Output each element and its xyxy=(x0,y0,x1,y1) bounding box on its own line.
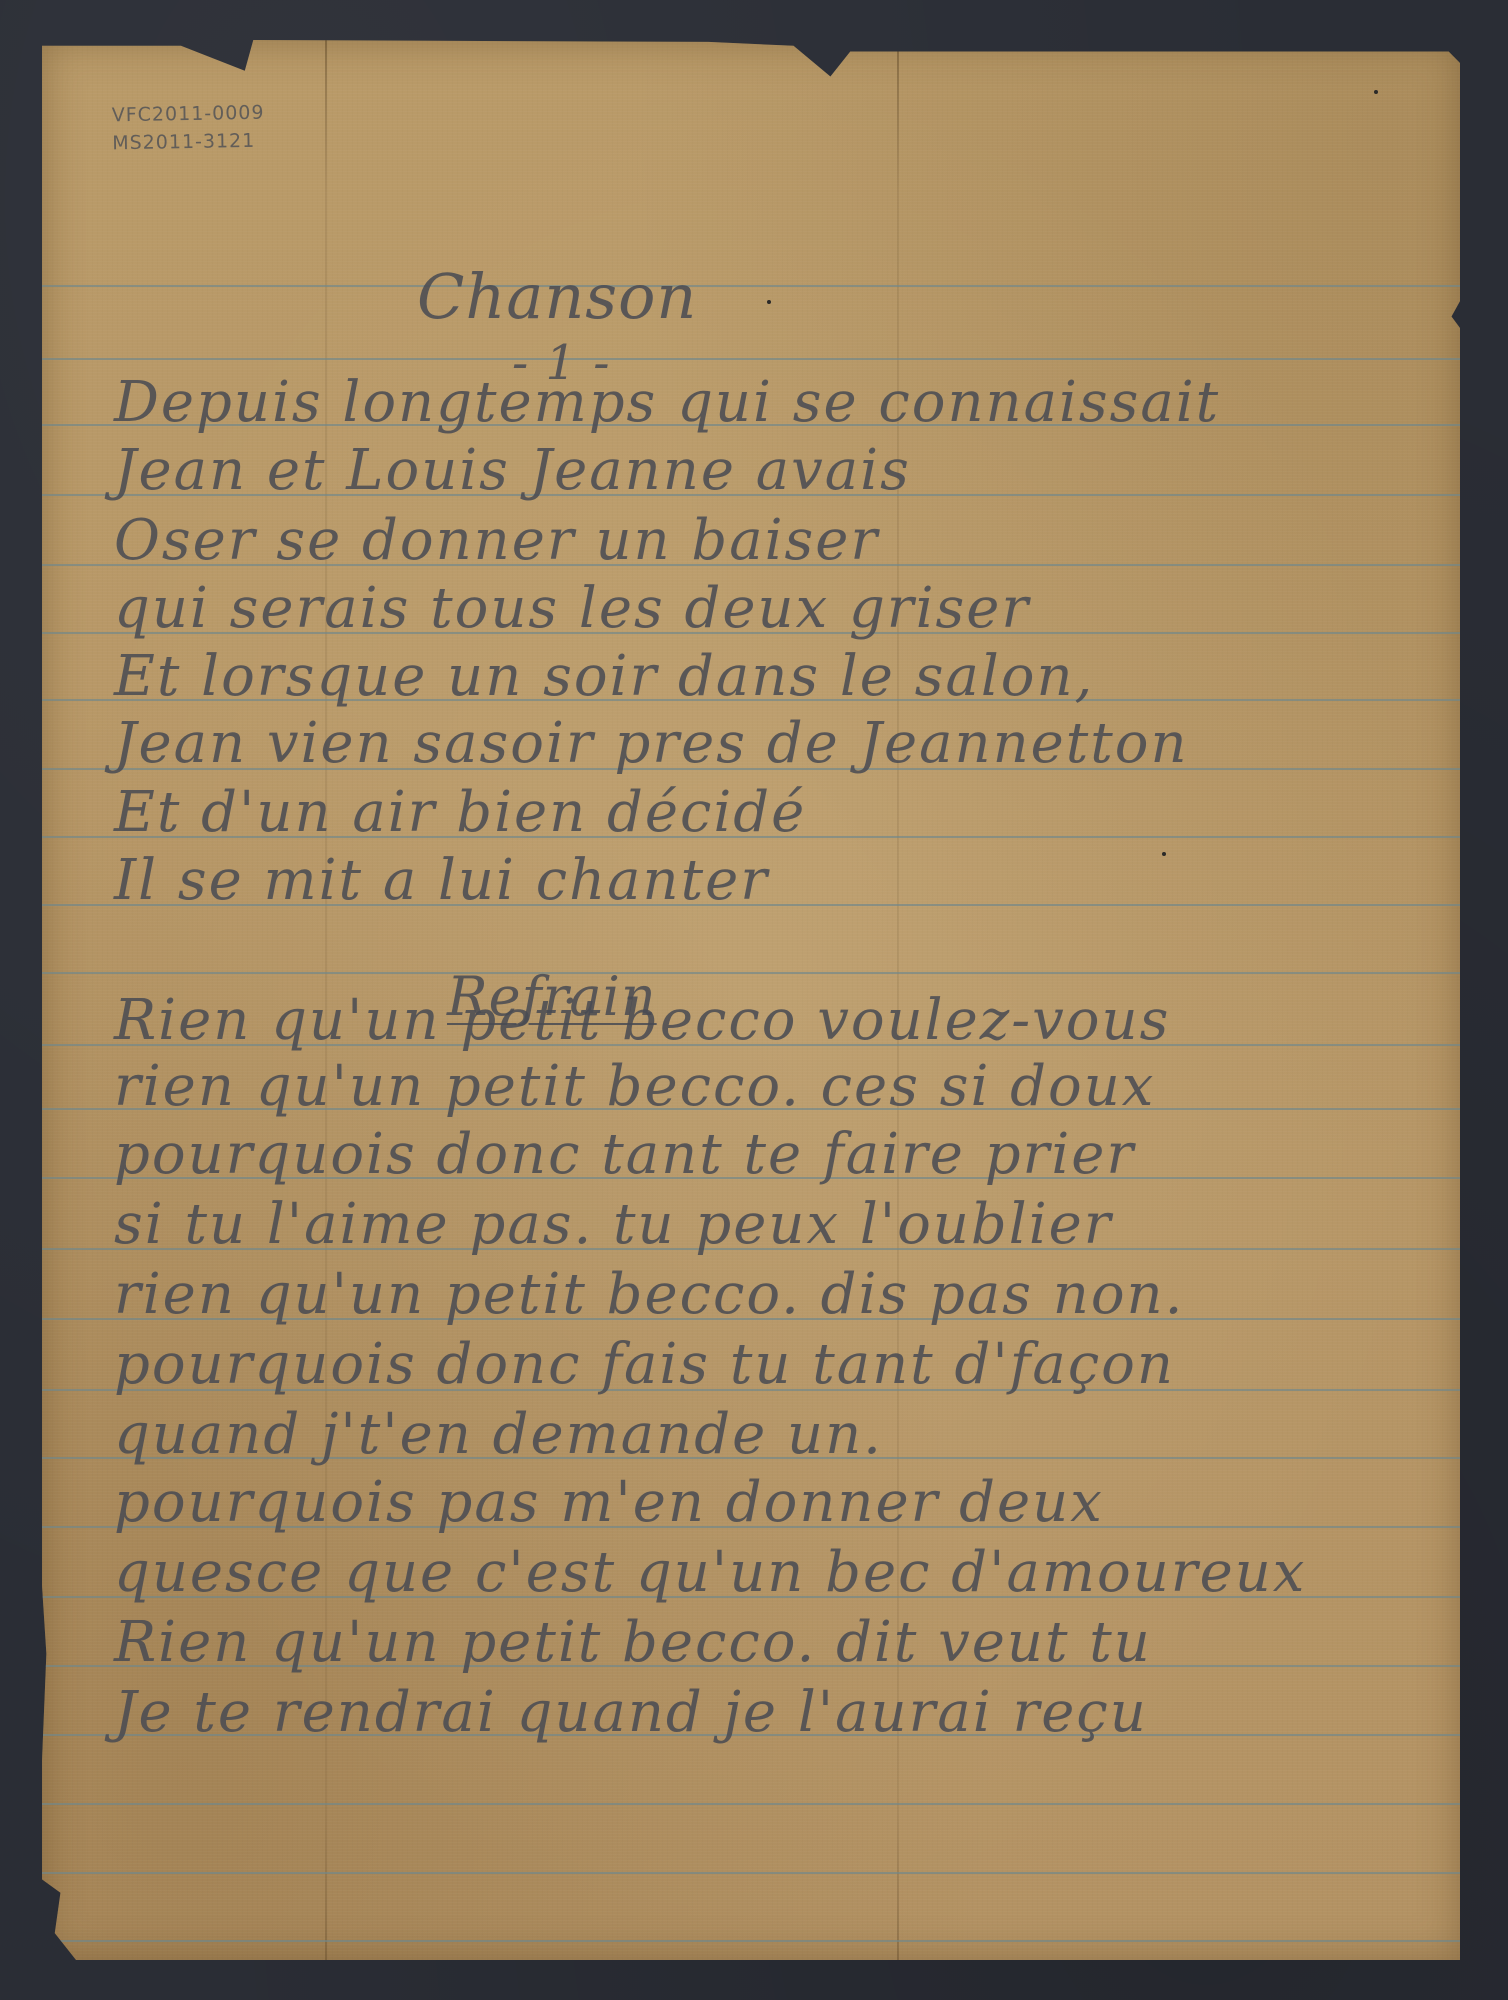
refrain-line: si tu l'aime pas. tu peux l'oublier xyxy=(114,1192,1113,1257)
refrain-line: quesce que c'est qu'un bec d'amoureux xyxy=(114,1540,1306,1605)
verse-line: Il se mit a lui chanter xyxy=(114,848,769,913)
verse-line: Depuis longtemps qui se connaissait xyxy=(114,370,1220,435)
ruled-line xyxy=(42,1803,1460,1805)
refrain-line: Rien qu'un petit becco. dit veut tu xyxy=(114,1610,1152,1675)
verse-line: Jean vien sasoir pres de Jeannetton xyxy=(114,711,1189,776)
refrain-line: rien qu'un petit becco. dis pas non. xyxy=(114,1262,1184,1327)
refrain-line: pourquois donc tant te faire prier xyxy=(114,1122,1135,1187)
catalog-number-line-2: MS2011-3121 xyxy=(112,127,265,158)
manuscript-page: VFC2011-0009 MS2011-3121 Chanson - 1 - D… xyxy=(42,40,1460,1960)
verse-line: Et d'un air bien décidé xyxy=(114,780,806,845)
paper-speck xyxy=(767,300,771,304)
refrain-line: Je te rendrai quand je l'aurai reçu xyxy=(114,1680,1148,1745)
refrain-line: quand j't'en demande un. xyxy=(114,1402,883,1467)
ruled-line xyxy=(42,1872,1460,1874)
catalog-number-stamp: VFC2011-0009 MS2011-3121 xyxy=(112,99,266,158)
refrain-line: rien qu'un petit becco. ces si doux xyxy=(114,1054,1155,1119)
paper-speck xyxy=(1374,90,1378,94)
verse-line: Jean et Louis Jeanne avais xyxy=(114,438,911,503)
paper-speck xyxy=(1162,852,1166,856)
ruled-line xyxy=(42,285,1460,287)
verse-line: qui serais tous les deux griser xyxy=(114,576,1030,641)
verse-line: Et lorsque un soir dans le salon, xyxy=(114,644,1094,709)
verse-line: Oser se donner un baiser xyxy=(114,508,879,573)
ruled-line xyxy=(42,358,1460,360)
ruled-line xyxy=(42,1940,1460,1942)
refrain-line: pourquois pas m'en donner deux xyxy=(114,1470,1104,1535)
ruled-line xyxy=(42,972,1460,974)
refrain-line: Rien qu'un petit becco voulez-vous xyxy=(114,988,1170,1053)
catalog-number-line-1: VFC2011-0009 xyxy=(112,99,265,130)
refrain-line: pourquois donc fais tu tant d'façon xyxy=(114,1332,1175,1397)
song-title: Chanson xyxy=(417,260,697,333)
